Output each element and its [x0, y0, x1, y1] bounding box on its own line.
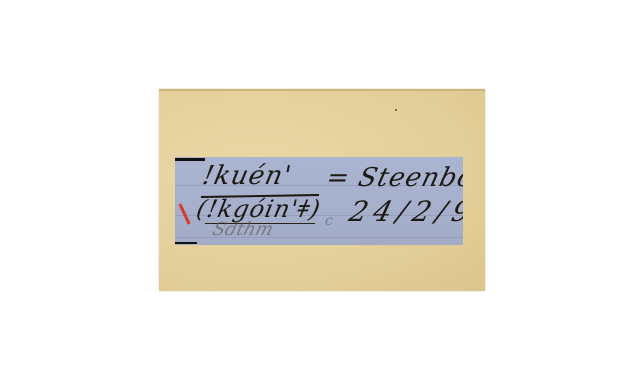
ink-dash-top [175, 158, 205, 161]
paper-speck [395, 109, 397, 111]
ink-dash-bottom [175, 242, 197, 244]
faint-pencil-text: Sdthm [210, 219, 275, 240]
blue-paper-slip: !kuén' = Steenbok (!kgóin'ǂ) 24/2/9. Sdt… [175, 157, 463, 245]
pencil-mark: c [325, 213, 333, 229]
backing-card: !kuén' = Steenbok (!kgóin'ǂ) 24/2/9. Sdt… [159, 89, 485, 291]
handwritten-word-kuen: !kuén' [200, 161, 295, 191]
card-top-edge [159, 89, 485, 91]
handwritten-word-steenbok: = Steenbok [323, 163, 463, 193]
handwritten-date: 24/2/9. [346, 195, 463, 228]
red-pencil-mark [178, 203, 190, 224]
